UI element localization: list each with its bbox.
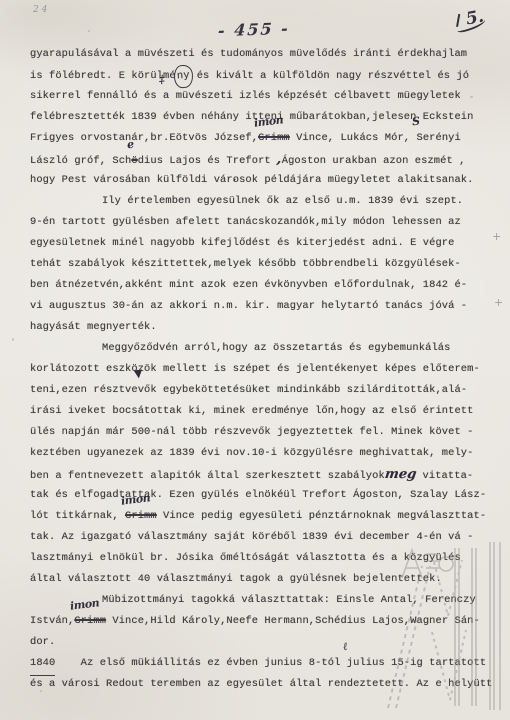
- scanned-page: 2 4 - 455 - 5. gyarapulásával a müvészet…: [0, 0, 510, 720]
- text-line: 1840 Az első mükiállitás ez évben junius…: [30, 653, 490, 674]
- typed-text: Vince pedig egyesületi pénztárnoknak meg…: [157, 506, 486, 527]
- typed-text: Frigyes orvostanár,br.Eötvös József,: [30, 128, 258, 149]
- text-line: hogy Pest városában külföldi városok pél…: [30, 170, 490, 191]
- typed-text: ők egybeköttetésüket mindinkább szilárdi…: [144, 380, 467, 401]
- typed-text: vi augusztus 30-án az akkori n.m. kir. m…: [30, 296, 467, 317]
- text-line: tak. Az igazgató választmány saját köréb…: [30, 527, 490, 548]
- text-line: dor.: [30, 632, 490, 653]
- typed-text: 15-ig tartatott: [385, 653, 486, 674]
- typed-text: sikerrel fennálló és: [30, 86, 163, 107]
- typed-text: László gróf, Sch: [30, 151, 131, 172]
- text-line: ülés napján már 500-nál több részvevők j…: [30, 422, 490, 443]
- typed-text: István,: [30, 611, 74, 632]
- typed-text: keztében ugyanezek az 1839 évi nov.10-i …: [30, 443, 473, 464]
- typed-text: lasztmányi elnökül br. Jósika őméltóságá…: [30, 548, 461, 569]
- typewritten-text: gyarapulásával a müvészeti és tudományos…: [30, 44, 490, 695]
- typed-text: juliusℓ: [347, 653, 385, 674]
- text-line: tak és elfogadtattak. Ezen gyülés elnöké…: [30, 485, 490, 506]
- typed-text: Ágoston urakban azon eszmét ,: [282, 151, 466, 172]
- text-line: László gróf, Schöedius Lajos és Trefort …: [30, 149, 490, 170]
- typed-text: is fölébredt. E körülmé: [30, 66, 176, 87]
- pencil-mark-right-1: +: [492, 232, 501, 241]
- typed-text: Meggyőződvén arról,hogy az összetartás é…: [102, 338, 450, 359]
- text-line: korlátozott eszközök mellett is szépet é…: [30, 359, 490, 380]
- typed-text: 9-én tartott gyülésben afelett tanácskoz…: [30, 212, 461, 233]
- scan-speck: [88, 30, 90, 32]
- text-line: teni,ezen résztvev▼ők egybeköttetésüket …: [30, 380, 490, 401]
- typed-text: lót titkárnak,: [30, 506, 125, 527]
- typed-text: gyarapulásával a müvészeti és tudományos…: [30, 44, 467, 65]
- text-line: sikerrel fennálló és a‡ müvészeti izlés …: [30, 86, 490, 107]
- struck-word: Grimmimon: [258, 128, 290, 149]
- typed-text: vitatta-: [416, 466, 473, 487]
- text-line: keztében ugyanezek az 1839 évi nov.10-i …: [30, 443, 490, 464]
- scan-speck: [12, 338, 14, 341]
- text-line: lót titkárnak, Grimmimon Vince pedig egy…: [30, 506, 490, 527]
- typed-text: nek ők az első u.m. 1839 évi szept.: [241, 191, 463, 212]
- text-line: is fölébredt. E körülmény és kivált a kü…: [30, 65, 490, 86]
- text-line: irási iveket bocsátottak ki, minek eredm…: [30, 401, 490, 422]
- typed-text: és kivált a külföldön nagy részvéttel és…: [190, 66, 469, 87]
- typed-text: által választott 40 választmányi tagok a…: [30, 569, 442, 590]
- typed-text: hagyását megnyerték.: [30, 317, 157, 338]
- page-number: - 455 -: [217, 19, 290, 41]
- typed-text: teni,ezen résztve: [30, 380, 138, 401]
- struck-word: Grimmimon: [74, 611, 106, 632]
- text-line: ben a fentnevezett alapitók által szerke…: [30, 464, 490, 485]
- typed-text: korlátozott eszközök mellett is szépet é…: [30, 359, 480, 380]
- typed-text: Vince,Hild Károly,Neefe Hermann,Schédius…: [106, 611, 480, 632]
- text-line: vi augusztus 30-án az akkori n.m. kir. m…: [30, 296, 490, 317]
- text-line: István,Grimmimon Vince,Hild Károly,Neefe…: [30, 611, 490, 632]
- text-line: által választott 40 választmányi tagok a…: [30, 569, 490, 590]
- text-line: Frigyes orvostanár,br.Eötvös József,Grim…: [30, 128, 490, 149]
- typed-text: felébresztették 1839 évben néhány itteni…: [30, 107, 473, 128]
- text-line: felébresztették 1839 évben néhány itteni…: [30, 107, 490, 128]
- text-line: tehát szabályok készittettek,melyek késő…: [30, 254, 490, 275]
- typed-text: Vince, Lukács Mór,: [290, 128, 417, 149]
- typed-text: dor.: [30, 632, 55, 653]
- text-line: egyesületnek minél nagyobb kifejlődést é…: [30, 233, 490, 254]
- typed-text: és a városi Redout teremben az egyesület…: [30, 674, 492, 695]
- typed-text: dius Lajos és Trefort: [138, 151, 277, 172]
- struck-word: Grimmimon: [125, 506, 157, 527]
- typed-text: müvészeti izlés képzését célbavett müegy…: [169, 86, 460, 107]
- text-line: 9-én tartott gyülésben afelett tanácskoz…: [30, 212, 490, 233]
- handwritten-insertion: meg: [383, 464, 417, 485]
- pencil-mark-top-left: 2 4: [33, 6, 47, 15]
- typed-text: ülés napján már 500-nál több részvevők j…: [30, 422, 473, 443]
- typed-text: tak és elfogadtattak. Ezen gyülés elnöké…: [30, 485, 486, 506]
- typed-text: Az első mükiállitás ez évben junius 8-tó…: [55, 653, 346, 674]
- text-line: Meggyőződvén arról,hogy az összetartás é…: [30, 338, 490, 359]
- text-line: Ily értelemben egyesül´nek ők az első u.…: [30, 191, 490, 212]
- underlined-year: 1840: [30, 653, 55, 676]
- page-corner-note: 5.: [465, 7, 486, 30]
- typed-text: Mübizottmányi tagokká választtattak: Ein…: [102, 590, 476, 611]
- text-line: gyarapulásával a müvészeti és tudományos…: [30, 44, 490, 65]
- typed-text: tehát szabályok készittettek,melyek késő…: [30, 254, 461, 275]
- typed-text: Ily értelemben egyesü: [102, 191, 235, 212]
- text-line: és a városi Redout teremben az egyesület…: [30, 674, 490, 695]
- typed-text: tak. Az igazgató választmány saját köréb…: [30, 527, 473, 548]
- text-line: Mübizottmányi tagokká választtattak: Ein…: [30, 590, 490, 611]
- text-line: ben átnézetvén,akként mint azok ezen évk…: [30, 275, 490, 296]
- text-line: hagyását megnyerték.: [30, 317, 490, 338]
- pencil-mark-right-2: +: [494, 298, 503, 307]
- typed-text: ben átnézetvén,akként mint azok ezen évk…: [30, 275, 467, 296]
- text-line: lasztmányi elnökül br. Jósika őméltóságá…: [30, 548, 490, 569]
- typed-text: irási iveket bocsátottak ki, minek eredm…: [30, 401, 473, 422]
- typed-text: ben a fentnevezett alapitók által szerke…: [30, 466, 385, 487]
- typed-text: erényi: [423, 128, 461, 149]
- typed-text: egyesületnek minél nagyobb kifejlődést é…: [30, 233, 454, 254]
- typed-text: hogy Pest városában külföldi városok pél…: [30, 170, 473, 191]
